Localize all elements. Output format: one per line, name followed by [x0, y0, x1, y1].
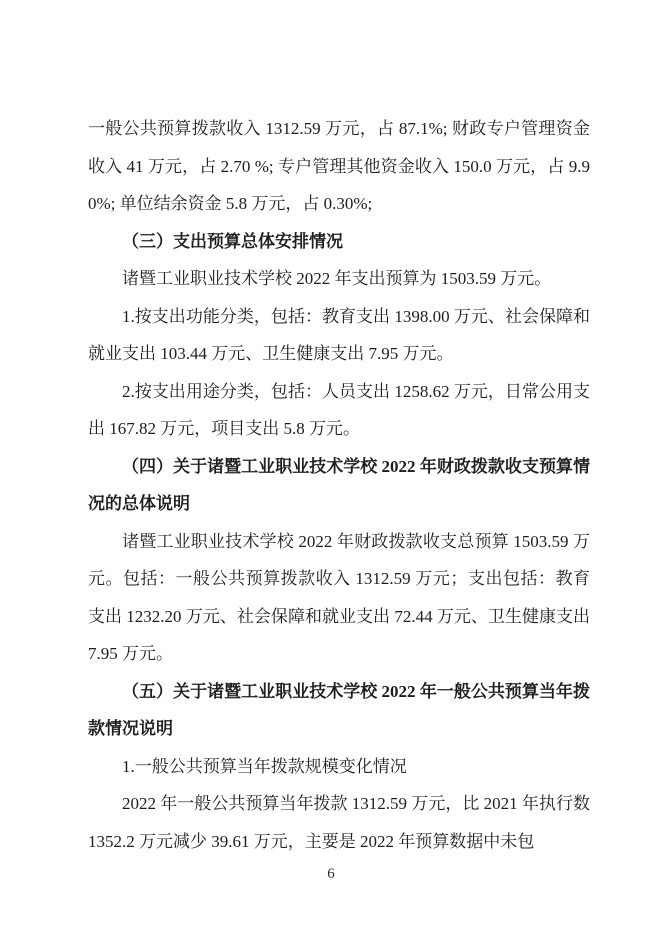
- paragraph-expenditure-by-function: 1.按支出功能分类，包括：教育支出 1398.00 万元、社会保障和就业支出 1…: [88, 298, 590, 373]
- section-heading-general-public-budget: （五）关于诸暨工业职业技术学校 2022 年一般公共预算当年拨款情况说明: [88, 673, 590, 748]
- section-heading-expenditure-arrangement: （三）支出预算总体安排情况: [88, 223, 590, 261]
- paragraph-expenditure-by-purpose: 2.按支出用途分类，包括：人员支出 1258.62 万元，日常公用支出 167.…: [88, 373, 590, 448]
- page-body: 一般公共预算拨款收入 1312.59 万元，占 87.1%; 财政专户管理资金收…: [88, 110, 590, 860]
- paragraph-fiscal-appropriation-detail: 诸暨工业职业技术学校 2022 年财政拨款收支总预算 1503.59 万元。包括…: [88, 523, 590, 673]
- paragraph-appropriation-scale-change-title: 1.一般公共预算当年拨款规模变化情况: [88, 748, 590, 786]
- paragraph-income-breakdown: 一般公共预算拨款收入 1312.59 万元，占 87.1%; 财政专户管理资金收…: [88, 110, 590, 223]
- paragraph-appropriation-comparison: 2022 年一般公共预算当年拨款 1312.59 万元，比 2021 年执行数 …: [88, 785, 590, 860]
- section-heading-fiscal-appropriation-overview: （四）关于诸暨工业职业技术学校 2022 年财政拨款收支预算情况的总体说明: [88, 448, 590, 523]
- page-number: 6: [0, 866, 662, 883]
- document-page: 一般公共预算拨款收入 1312.59 万元，占 87.1%; 财政专户管理资金收…: [0, 0, 662, 936]
- paragraph-total-expenditure: 诸暨工业职业技术学校 2022 年支出预算为 1503.59 万元。: [88, 260, 590, 298]
